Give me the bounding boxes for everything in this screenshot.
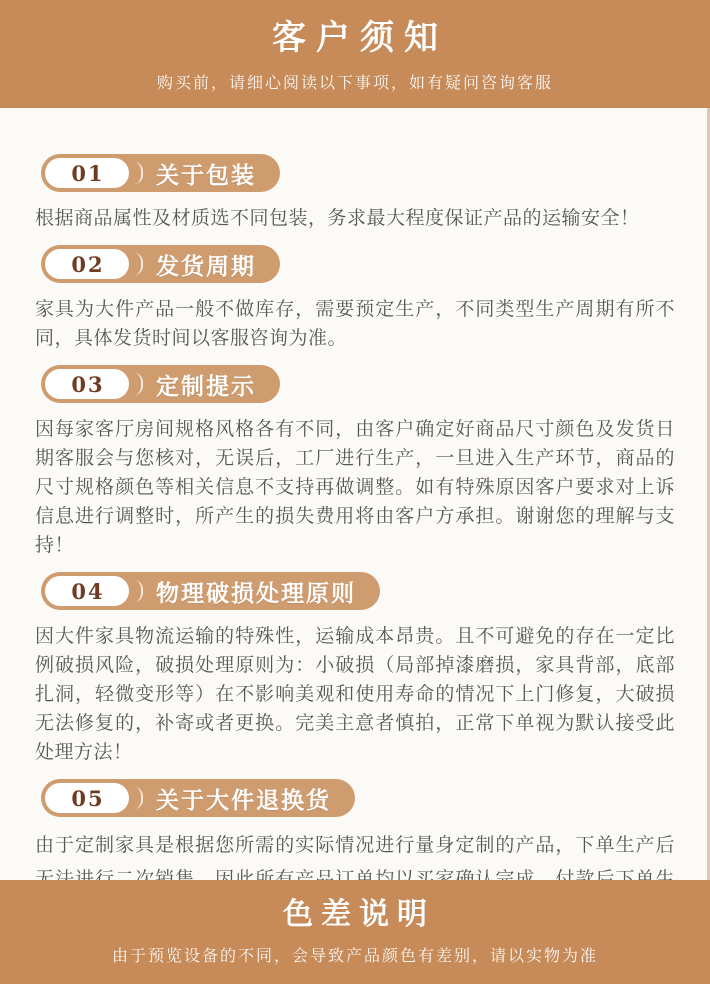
badge-arc-decoration	[134, 580, 143, 602]
section-number: 05	[45, 783, 129, 813]
section-badge: 05 关于大件退换货	[41, 779, 355, 817]
section-title: 发货周期	[156, 248, 256, 281]
section-packaging: 01 关于包装 根据商品属性及材质选不同包装，务求最大程度保证产品的运输安全！	[35, 154, 675, 233]
section-returns: 05 关于大件退换货 由于定制家具是根据您所需的实际情况进行量身定制的产品，下单…	[35, 779, 675, 880]
section-title: 定制提示	[156, 368, 256, 401]
badge-arc-decoration	[134, 253, 143, 275]
section-badge: 02 发货周期	[41, 245, 280, 283]
section-body: 因每家客厅房间规格风格各有不同，由客户确定好商品尺寸颜色及发货日期客服会与您核对…	[35, 415, 675, 560]
header-banner: 客户须知 购买前，请细心阅读以下事项，如有疑问咨询客服	[0, 0, 710, 108]
section-number: 04	[45, 576, 129, 606]
badge-arc-decoration	[134, 162, 143, 184]
section-title: 关于大件退换货	[156, 782, 331, 815]
section-body: 根据商品属性及材质选不同包装，务求最大程度保证产品的运输安全！	[35, 204, 675, 233]
section-shipping-cycle: 02 发货周期 家具为大件产品一般不做库存，需要预定生产，不同类型生产周期有所不…	[35, 245, 675, 353]
footer-title: 色差说明	[275, 898, 435, 933]
section-title: 物理破损处理原则	[156, 575, 356, 608]
section-badge: 01 关于包装	[41, 154, 280, 192]
section-customization: 03 定制提示 因每家客厅房间规格风格各有不同，由客户确定好商品尺寸颜色及发货日…	[35, 365, 675, 560]
section-badge: 03 定制提示	[41, 365, 280, 403]
badge-arc-decoration	[134, 373, 143, 395]
footer-banner: 色差说明 由于预览设备的不同，会导致产品颜色有差别，请以实物为准	[0, 880, 710, 984]
section-title: 关于包装	[156, 157, 256, 190]
section-number: 02	[45, 249, 129, 279]
section-number: 01	[45, 158, 129, 188]
notice-content: 01 关于包装 根据商品属性及材质选不同包装，务求最大程度保证产品的运输安全！ …	[0, 108, 710, 880]
section-body: 因大件家具物流运输的特殊性，运输成本昂贵。且不可避免的存在一定比例破损风险，破损…	[35, 622, 675, 767]
section-body: 家具为大件产品一般不做库存，需要预定生产，不同类型生产周期有所不同，具体发货时间…	[35, 295, 675, 353]
page-title: 客户须知	[262, 19, 448, 58]
section-number: 03	[45, 369, 129, 399]
footer-subtitle: 由于预览设备的不同，会导致产品颜色有差别，请以实物为准	[112, 943, 598, 966]
section-damage-policy: 04 物理破损处理原则 因大件家具物流运输的特殊性，运输成本昂贵。且不可避免的存…	[35, 572, 675, 767]
header-subtitle: 购买前，请细心阅读以下事项，如有疑问咨询客服	[157, 70, 553, 93]
section-badge: 04 物理破损处理原则	[41, 572, 380, 610]
badge-arc-decoration	[134, 787, 143, 809]
section-body: 由于定制家具是根据您所需的实际情况进行量身定制的产品，下单生产后无法进行二次销售…	[35, 829, 675, 880]
